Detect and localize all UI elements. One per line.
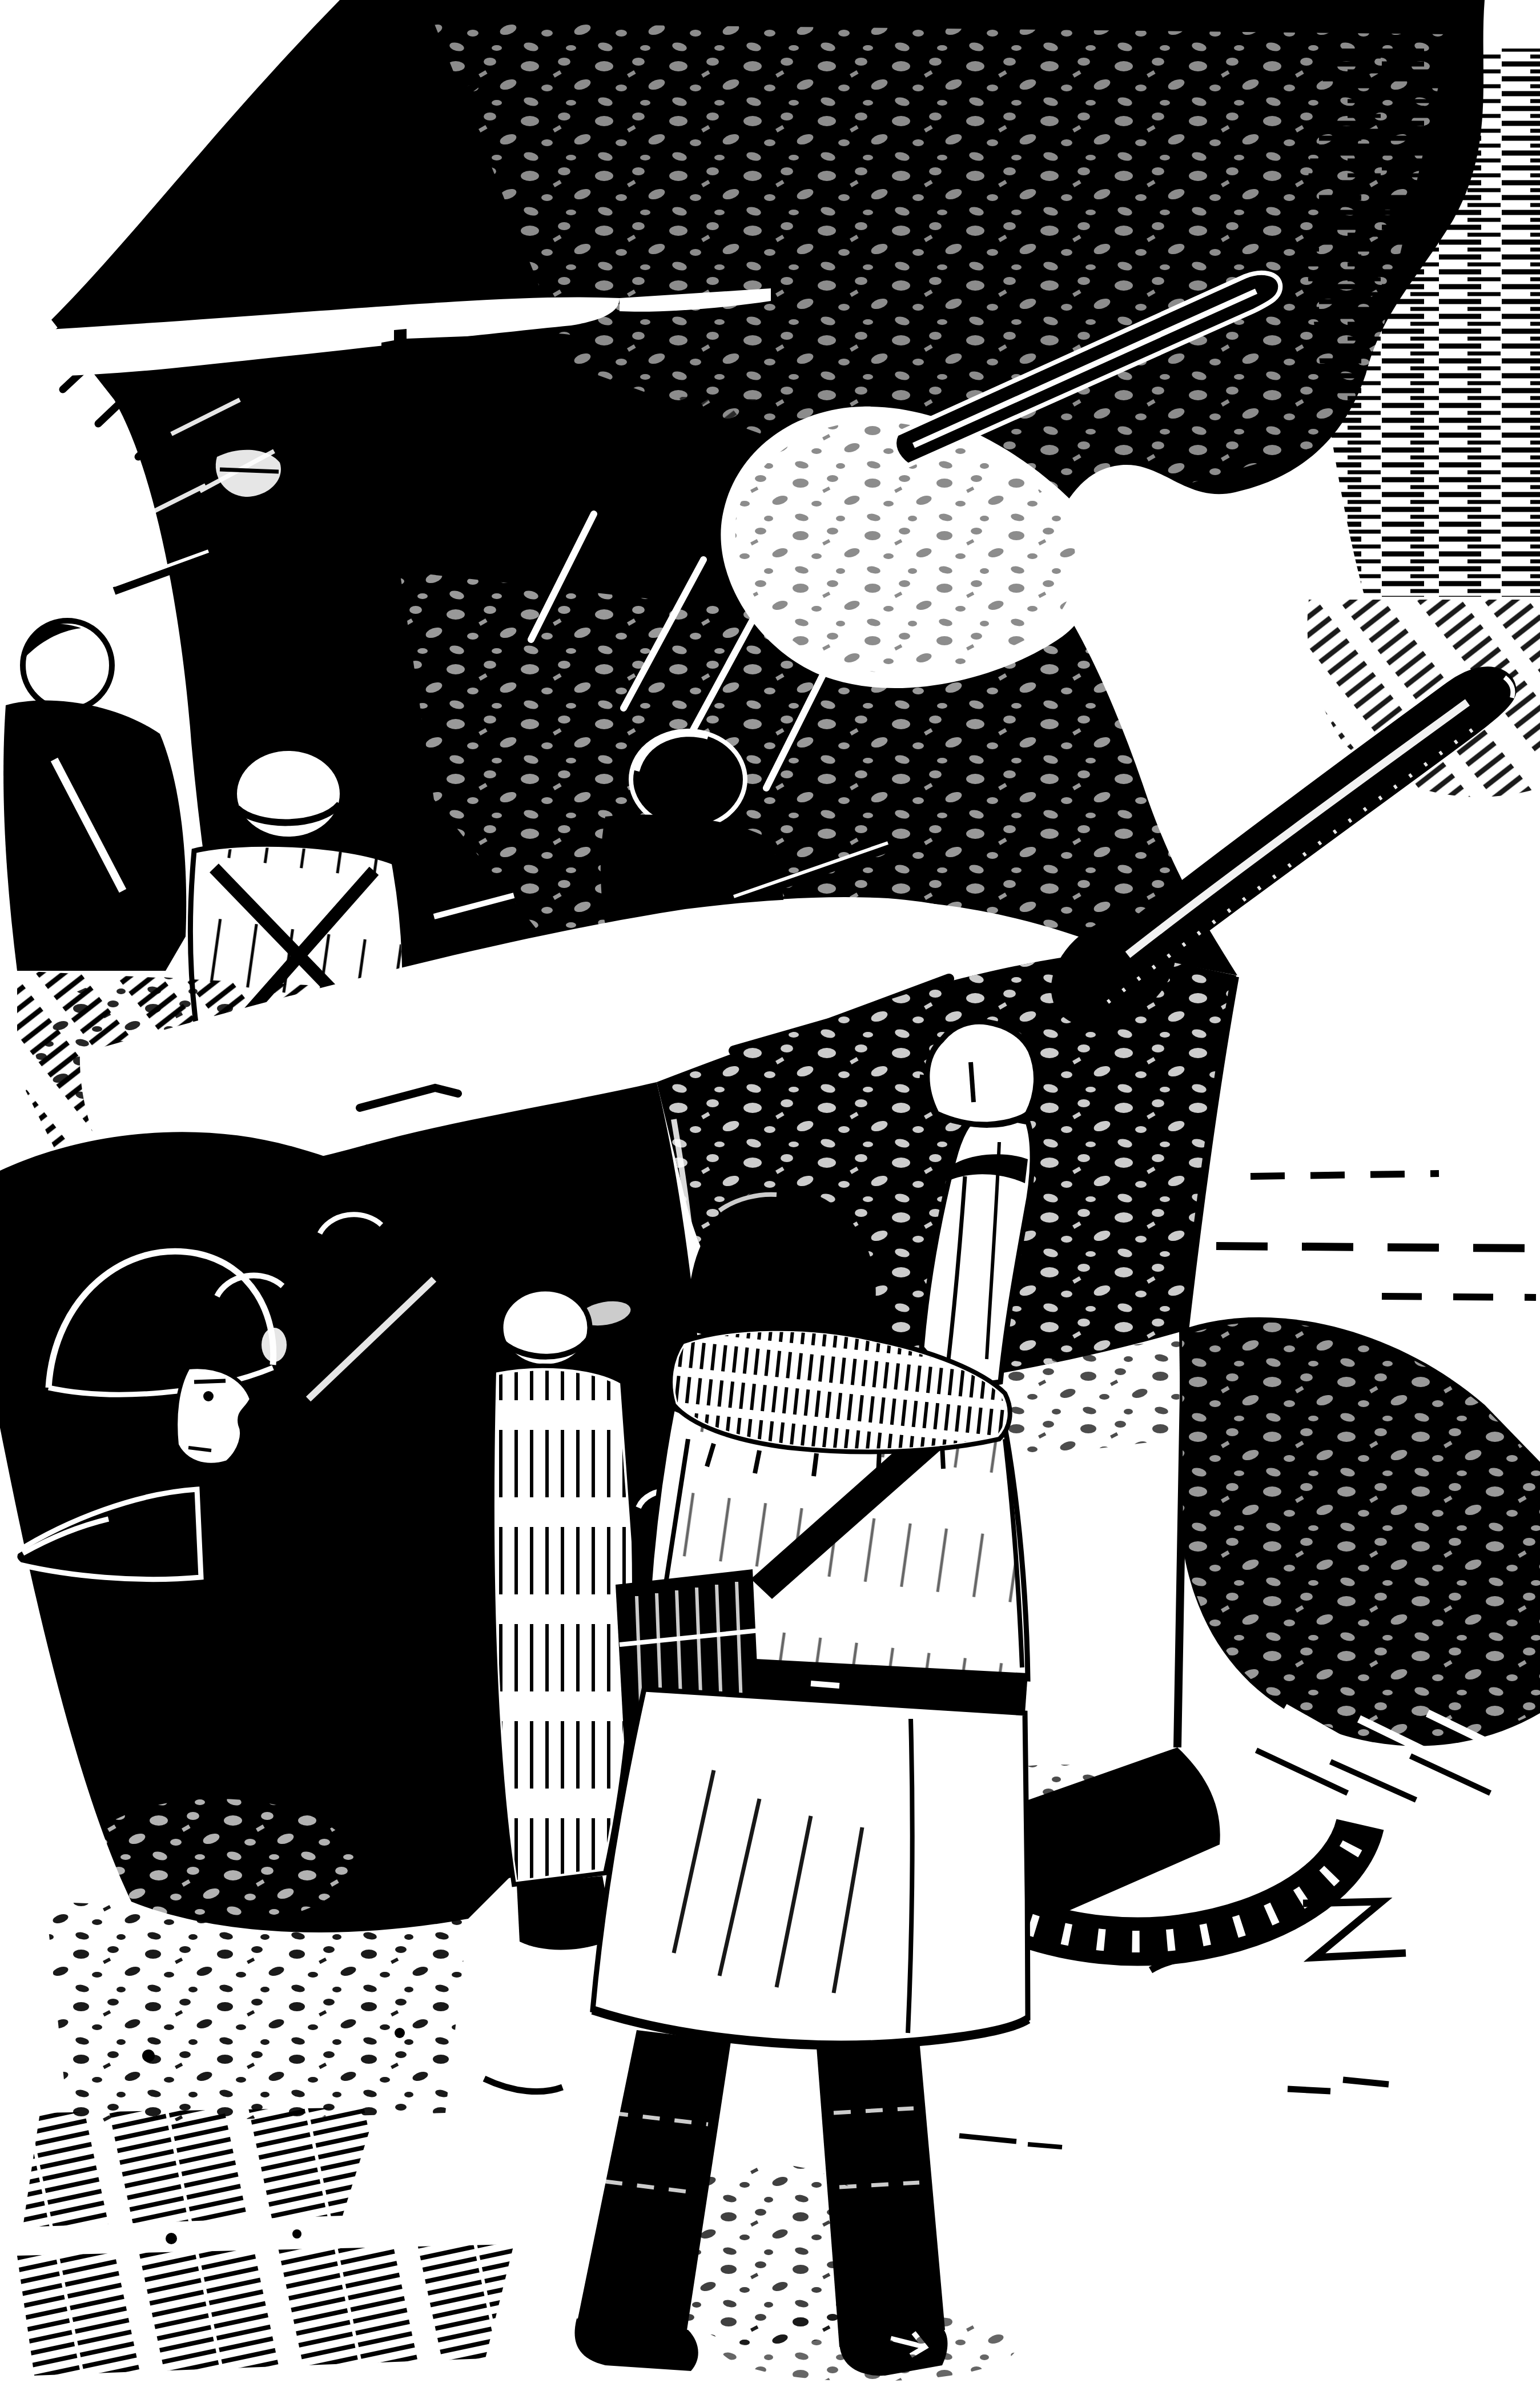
illustration-coastal-battery: Black-and-white ink illustration: armore… <box>0 0 1540 2383</box>
officer-gauntlet <box>927 1022 1036 1125</box>
officer-coat-skirt <box>593 1689 1028 2044</box>
